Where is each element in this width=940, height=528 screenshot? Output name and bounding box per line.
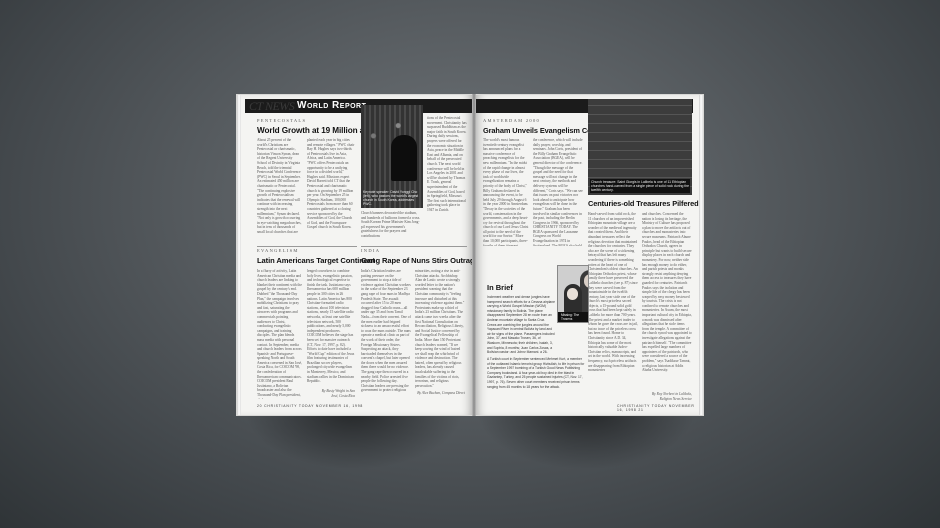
- page-edge: [699, 95, 703, 415]
- article-column: Hand-carved from solid rock, the 11 chur…: [588, 212, 638, 402]
- article-column: minorities, noting a rise in anti-Christ…: [415, 269, 465, 391]
- section-banner: CT NEWS World Report: [245, 99, 473, 113]
- article-column: The world's most famous twentieth-centur…: [483, 138, 529, 246]
- in-brief-item: A Turkish court in September sentenced M…: [487, 357, 585, 397]
- article-headline: Centuries-old Treasures Pilfered: [588, 199, 699, 208]
- article-column: planted each year in big cities and remo…: [307, 138, 355, 240]
- article-column: Church banners decorated the stadium, an…: [361, 211, 423, 241]
- page-folio: 20 CHRISTIANITY TODAY NOVEMBER 16, 1998: [257, 404, 363, 408]
- article-column: and churches. Concerned the nation is lo…: [642, 212, 692, 392]
- page-folio: CHRISTIANITY TODAY NOVEMBER 16, 1998 21: [617, 404, 703, 412]
- article-column: India's Christian leaders are putting pr…: [361, 269, 411, 399]
- photo-caption: Keynote speaker: David Yonggi Cho (left)…: [363, 190, 421, 206]
- article-byline: By Roy Norbert in Lalibela, Religion New…: [642, 392, 692, 402]
- article-kicker: India: [361, 248, 380, 253]
- in-brief-title: In Brief: [487, 283, 513, 292]
- article-column: In a flurry of activity, Latin American …: [257, 269, 302, 399]
- magazine-spread: CT NEWS World Report Pentecostals World …: [236, 94, 704, 416]
- right-page: Ethiopia Amsterdam 2000 Graham Unveils E…: [474, 94, 704, 416]
- article-column: the conference, which will include daily…: [533, 138, 583, 246]
- photo-keynote-speaker: Keynote speaker: David Yonggi Cho (left)…: [361, 105, 423, 208]
- speaker-figure: [391, 135, 417, 181]
- divider: [257, 246, 357, 247]
- photo-caption: Missing: The Trosens: [558, 312, 588, 322]
- photo-caption: Church treasure: Saint Giorgis in Lalibe…: [590, 179, 690, 193]
- article-headline: Latin Americans Target Continent: [257, 256, 375, 265]
- spine-gutter: [472, 94, 476, 416]
- article-column: About 25 percent of the world's Christia…: [257, 138, 302, 240]
- article-kicker: Evangelism: [257, 248, 299, 253]
- photo-missing-family: Missing: The Trosens: [557, 265, 589, 323]
- article-column: tions of the Pentecostal movement. Chris…: [427, 116, 467, 240]
- page-shadow-right: [476, 410, 696, 470]
- page-edge: [237, 95, 241, 415]
- left-page: CT NEWS World Report Pentecostals World …: [236, 94, 474, 416]
- section-logo: CT NEWS: [249, 99, 294, 114]
- divider: [361, 246, 467, 247]
- article-byline: By Rusty Wright in San José, Costa Rica: [315, 389, 355, 399]
- section-title: World Report: [297, 100, 366, 111]
- article-column: lenged coworkers to combine holy lives, …: [307, 269, 355, 389]
- article-byline: By Alex Buchan, Compass Direct: [415, 391, 465, 399]
- page-shadow-left: [244, 410, 464, 470]
- article-kicker: Amsterdam 2000: [483, 118, 540, 123]
- photo-lalibela-church: Church treasure: Saint Giorgis in Lalibe…: [588, 99, 692, 195]
- article-headline: Gang Rape of Nuns Stirs Outrage: [361, 256, 474, 265]
- in-brief-item: Inclement weather and dense jungles have…: [487, 295, 555, 353]
- article-kicker: Pentecostals: [257, 118, 306, 123]
